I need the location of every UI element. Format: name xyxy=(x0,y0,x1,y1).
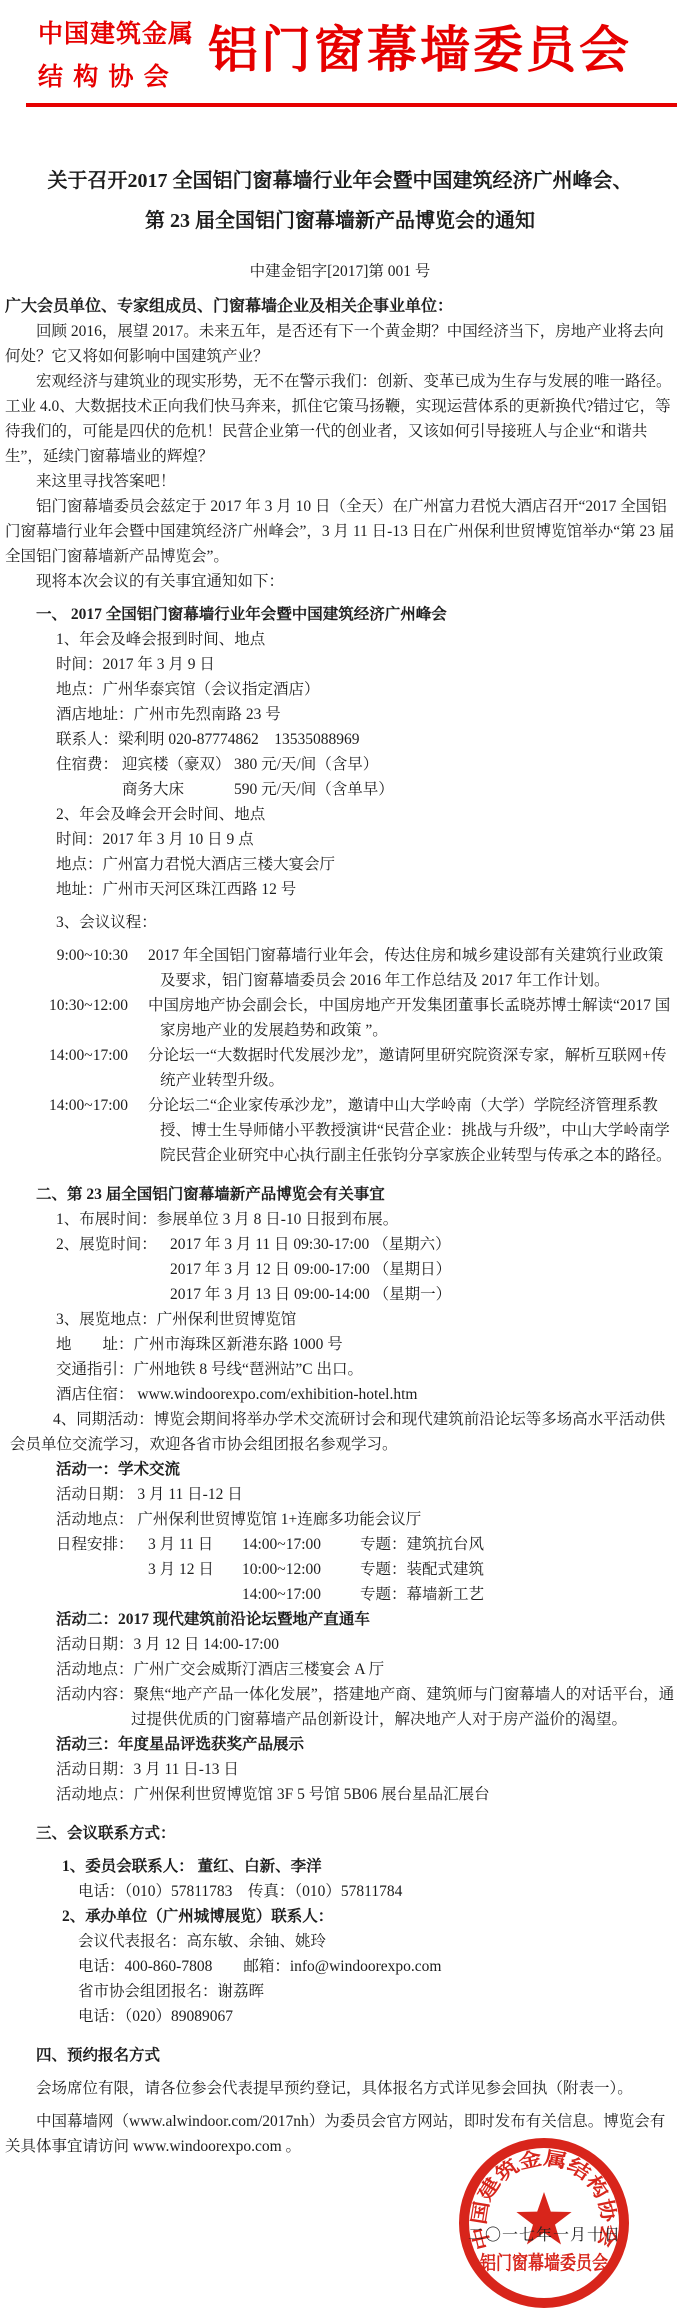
letterhead: 中国建筑金属 结 构 协 会 铝门窗幕墙委员会 xyxy=(0,0,680,93)
section1-item3-title: 3、会议议程： xyxy=(56,910,675,935)
section1-heading: 一、 2017 全国铝门窗幕墙行业年会暨中国建筑经济广州峰会 xyxy=(36,602,675,627)
registration-paragraph: 会场席位有限，请各位参会代表提早预约登记，具体报名方式详见参会回执（附表一）。 xyxy=(5,2076,675,2101)
agenda-row: 9:00~10:30 2017 年全国铝门窗幕墙行业年会，传达住房和城乡建设部有… xyxy=(5,943,675,993)
agenda-desc: 2017 年全国铝门窗幕墙行业年会，传达住房和城乡建设部有关建筑行业政策及要求，… xyxy=(148,943,675,993)
expo-time: 2017 年 3 月 13 日 09:00-14:00 （星期一） xyxy=(170,1282,451,1307)
activity3-date: 活动日期：3 月 11 日-13 日 xyxy=(56,1757,675,1782)
agenda-row: 10:30~12:00 中国房地产协会副会长，中国房地产开发集团董事长孟晓苏博士… xyxy=(5,993,675,1043)
lodging-room: 商务大床 xyxy=(122,777,234,802)
section2-heading: 二、第 23 届全国铝门窗幕墙新产品博览会有关事宜 xyxy=(36,1182,675,1207)
notice-document-page: 中国建筑金属 结 构 协 会 铝门窗幕墙委员会 关于召开2017 全国铝门窗幕墙… xyxy=(0,0,680,2318)
agenda-row: 14:00~17:00 分论坛一“大数据时代发展沙龙”，邀请阿里研究院资深专家，… xyxy=(5,1043,675,1093)
lodging-row: 住宿费： 迎宾楼（豪双） 380 元/天/间（含早） xyxy=(56,752,675,777)
lodging-room: 迎宾楼（豪双） xyxy=(122,752,234,777)
contact-line: 电话：400-860-7808 邮箱：info@windoorexpo.com xyxy=(78,1954,675,1979)
lodging-label: 住宿费： xyxy=(56,752,122,777)
stamp-date: 二〇一七年一月十日 xyxy=(468,2222,621,2245)
schedule-row: 日程安排： 3 月 11 日 14:00~17:00 专题：建筑抗台风 xyxy=(56,1532,675,1557)
letterhead-rule xyxy=(26,103,677,107)
expo-times-label: 2、展览时间： xyxy=(56,1232,170,1307)
detail-line: 地点：广州华泰宾馆（会议指定酒店） xyxy=(56,677,675,702)
notice-title-line2: 第 23 届全国铝门窗幕墙新产品博览会的通知 xyxy=(0,209,680,234)
activity2-date: 活动日期：3 月 12 日 14:00-17:00 xyxy=(56,1632,675,1657)
association-name-line2: 结 构 协 会 xyxy=(38,57,194,93)
activity3-title: 活动三：年度星品评选获奖产品展示 xyxy=(56,1732,675,1757)
notice-title-line1: 关于召开2017 全国铝门窗幕墙行业年会暨中国建筑经济广州峰会、 xyxy=(0,169,680,194)
committee-contacts-title: 1、委员会联系人： 董红、白新、李洋 xyxy=(62,1854,675,1879)
activity3-place: 活动地点：广州保利世贸博览馆 3F 5 号馆 5B06 展台星品汇展台 xyxy=(56,1782,675,1807)
schedule-row: 3 月 12 日 10:00~12:00 专题：装配式建筑 xyxy=(56,1557,675,1582)
committee-title: 铝门窗幕墙委员会 xyxy=(208,22,632,78)
detail-line: 时间：2017 年 3 月 10 日 9 点 xyxy=(56,827,675,852)
schedule-row: 14:00~17:00 专题：幕墙新工艺 xyxy=(56,1582,675,1607)
schedule-time: 14:00~17:00 xyxy=(242,1582,360,1607)
detail-line: 联系人：梁利明 020-87774862 13535088969 xyxy=(56,727,675,752)
agenda-desc: 分论坛一“大数据时代发展沙龙”，邀请阿里研究院资深专家，解析互联网+传统产业转型… xyxy=(148,1043,675,1093)
contact-line: 会议代表报名：高东敏、余铀、姚玲 xyxy=(78,1929,675,1954)
agenda-desc: 分论坛二“企业家传承沙龙”，邀请中山大学岭南（大学）学院经济管理系教授、博士生导… xyxy=(148,1093,675,1168)
detail-line: 时间：2017 年 3 月 9 日 xyxy=(56,652,675,677)
committee-contacts-phone: 电话：（010）57811783 传真：（010）57811784 xyxy=(78,1879,675,1904)
expo-concurrent-line: 4、同期活动：博览会期间将举办学术交流研讨会和现代建筑前沿论坛等多场高水平活动供… xyxy=(10,1407,675,1457)
intro-paragraph-3: 来这里寻找答案吧！ xyxy=(5,469,675,494)
expo-address-line: 地 址：广州市海珠区新港东路 1000 号 xyxy=(56,1332,675,1357)
lodging-price: 380 元/天/间（含早） xyxy=(234,752,378,777)
activity2-place: 活动地点：广州广交会威斯汀酒店三楼宴会 A 厅 xyxy=(56,1657,675,1682)
organizer-contacts-title: 2、承办单位（广州城博展览）联系人： xyxy=(62,1904,675,1929)
schedule-time: 10:00~12:00 xyxy=(242,1557,360,1582)
expo-times-list: 2017 年 3 月 11 日 09:30-17:00 （星期六） 2017 年… xyxy=(170,1232,451,1307)
contact-line: 电话：（020）89089067 xyxy=(78,2004,675,2029)
lodging-price: 590 元/天/间（含单早） xyxy=(234,777,394,802)
expo-time: 2017 年 3 月 12 日 09:00-17:00 （星期日） xyxy=(170,1257,451,1282)
notice-body: 广大会员单位、专家组成员、门窗幕墙企业及相关企事业单位： 回顾 2016，展望 … xyxy=(0,294,680,2159)
agenda-time: 10:30~12:00 xyxy=(5,993,128,1043)
detail-line: 地址：广州市天河区珠江西路 12 号 xyxy=(56,877,675,902)
expo-hotel-line: 酒店住宿： www.windoorexpo.com/exhibition-hot… xyxy=(56,1382,675,1407)
lodging-row: 商务大床 590 元/天/间（含单早） xyxy=(56,777,675,802)
intro-paragraph-2: 宏观经济与建筑业的现实形势，无不在警示我们：创新、变革已成为生存与发展的唯一路径… xyxy=(5,369,675,469)
salutation: 广大会员单位、专家组成员、门窗幕墙企业及相关企事业单位： xyxy=(5,294,675,319)
schedule-label: 日程安排： xyxy=(56,1532,148,1557)
activity1-date: 活动日期： 3 月 11 日-12 日 xyxy=(56,1482,675,1507)
activity1-place: 活动地点： 广州保利世贸博览馆 1+连廊多功能会议厅 xyxy=(56,1507,675,1532)
association-name: 中国建筑金属 结 构 协 会 xyxy=(38,14,194,93)
doc-number: 中建金铝字[2017]第 001 号 xyxy=(0,259,680,281)
agenda-time: 14:00~17:00 xyxy=(5,1093,128,1168)
schedule-date: 3 月 11 日 xyxy=(148,1532,242,1557)
contact-line: 省市协会组团报名：谢荔晖 xyxy=(78,1979,675,2004)
schedule-date: 3 月 12 日 xyxy=(148,1557,242,1582)
intro-paragraph-4: 铝门窗幕墙委员会兹定于 2017 年 3 月 10 日（全天）在广州富力君悦大酒… xyxy=(5,494,675,569)
schedule-topic: 专题：幕墙新工艺 xyxy=(360,1582,484,1607)
expo-venue-line: 3、展览地点：广州保利世贸博览馆 xyxy=(56,1307,675,1332)
intro-paragraph-5: 现将本次会议的有关事宜通知如下： xyxy=(5,569,675,594)
section1-item2-title: 2、年会及峰会开会时间、地点 xyxy=(56,802,675,827)
intro-paragraph-1: 回顾 2016，展望 2017。未来五年，是否还有下一个黄金期？中国经济当下，房… xyxy=(5,319,675,369)
agenda-time: 14:00~17:00 xyxy=(5,1043,128,1093)
association-name-line1: 中国建筑金属 xyxy=(38,14,194,50)
detail-line: 地点：广州富力君悦大酒店三楼大宴会厅 xyxy=(56,852,675,877)
schedule-topic: 专题：装配式建筑 xyxy=(360,1557,484,1582)
expo-transit-line: 交通指引：广州地铁 8 号线“琶洲站”C 出口。 xyxy=(56,1357,675,1382)
section4-heading: 四、预约报名方式 xyxy=(36,2043,675,2068)
expo-time: 2017 年 3 月 11 日 09:30-17:00 （星期六） xyxy=(170,1232,451,1257)
activity1-title: 活动一：学术交流 xyxy=(56,1457,675,1482)
activity2-content: 活动内容：聚焦“地产产品一体化发展”，搭建地产商、建筑师与门窗幕墙人的对话平台，… xyxy=(131,1682,675,1732)
section1-item1-title: 1、年会及峰会报到时间、地点 xyxy=(56,627,675,652)
detail-line: 酒店地址：广州市先烈南路 23 号 xyxy=(56,702,675,727)
expo-times-block: 2、展览时间： 2017 年 3 月 11 日 09:30-17:00 （星期六… xyxy=(56,1232,675,1307)
agenda-desc: 中国房地产协会副会长，中国房地产开发集团董事长孟晓苏博士解读“2017 国家房地… xyxy=(148,993,675,1043)
expo-setup-line: 1、布展时间：参展单位 3 月 8 日-10 日报到布展。 xyxy=(56,1207,675,1232)
agenda-row: 14:00~17:00 分论坛二“企业家传承沙龙”，邀请中山大学岭南（大学）学院… xyxy=(5,1093,675,1168)
schedule-topic: 专题：建筑抗台风 xyxy=(360,1532,484,1557)
agenda-time: 9:00~10:30 xyxy=(5,943,128,993)
schedule-time: 14:00~17:00 xyxy=(242,1532,360,1557)
section3-heading: 三、会议联系方式： xyxy=(36,1821,675,1846)
stamp-committee-text: 铝门窗幕墙委员会 xyxy=(480,2251,608,2274)
activity2-title: 活动二：2017 现代建筑前沿论坛暨地产直通车 xyxy=(56,1607,675,1632)
